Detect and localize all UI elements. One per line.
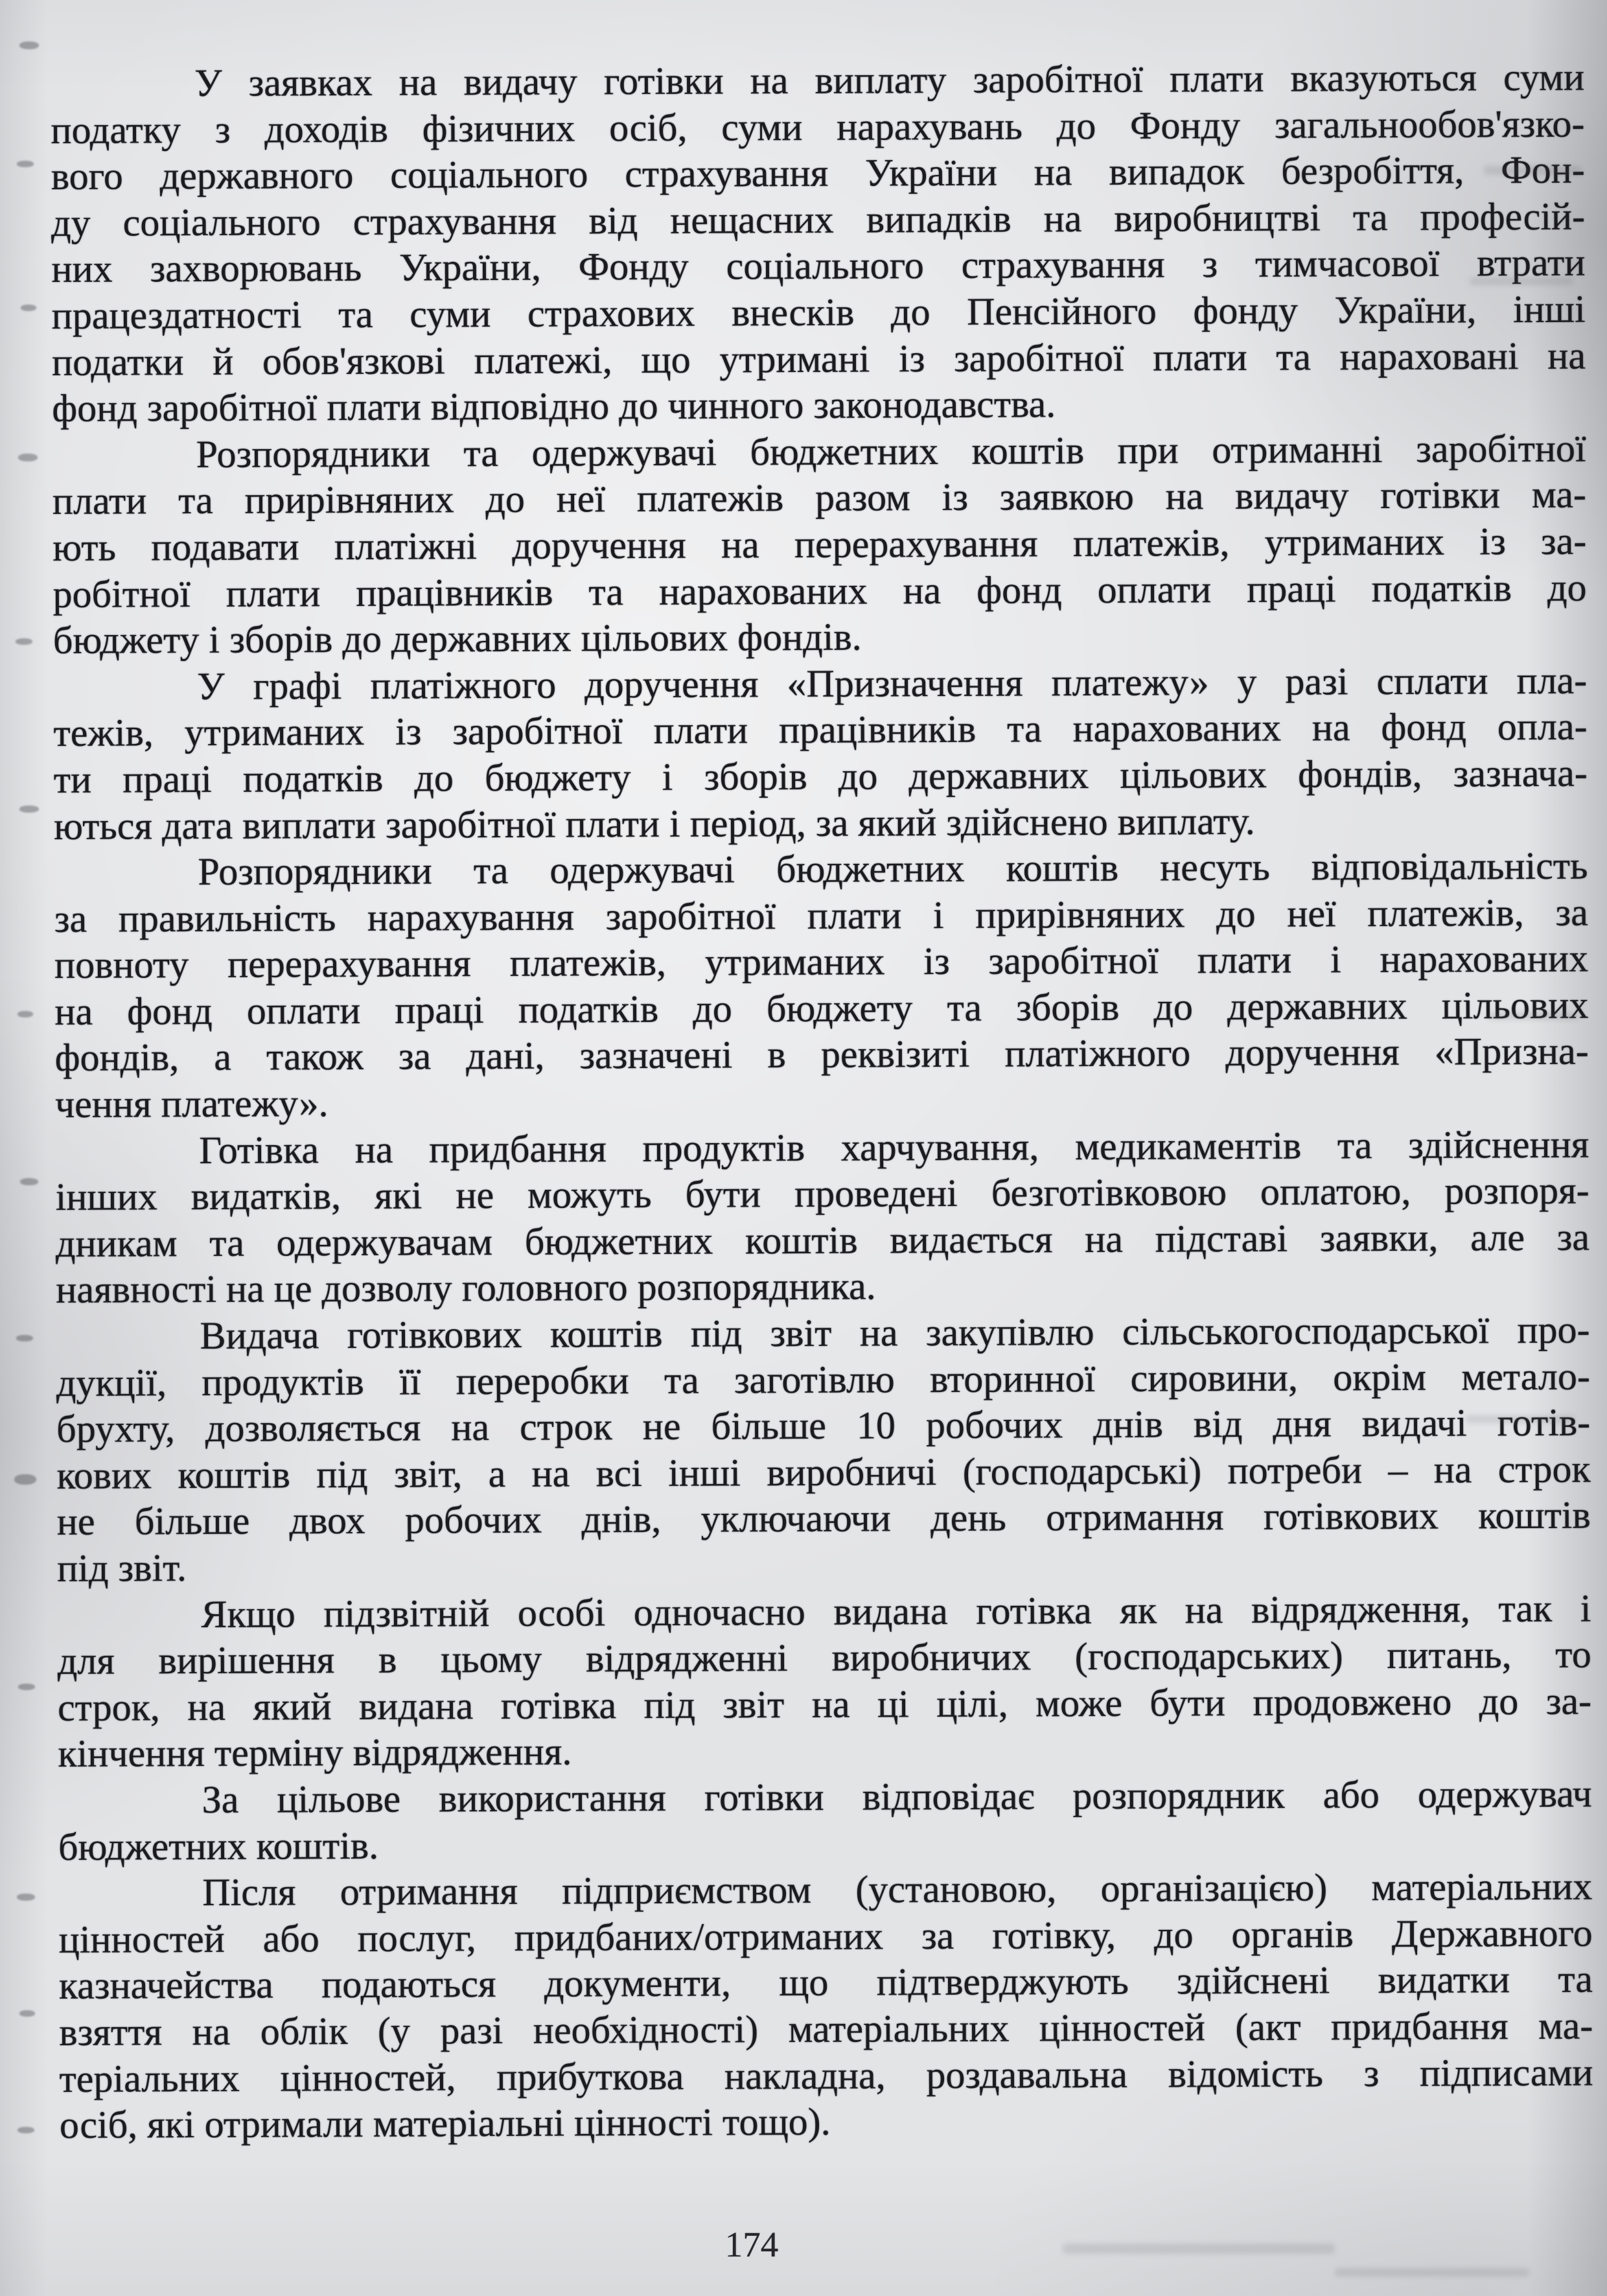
text-line: дникам та одержувачам бюджетних коштів в…: [56, 1214, 1590, 1267]
scan-artifact: [1335, 2268, 1529, 2277]
paragraph: За цільове використання готівки відповід…: [58, 1771, 1593, 1871]
paragraph: Якщо підзвітній особі одночасно видана г…: [57, 1585, 1591, 1778]
text-line: дукції, продуктів її переробки та заготі…: [56, 1353, 1590, 1406]
text-line: ти праці податків до бюджету і зборів до…: [54, 750, 1588, 804]
scan-artifact: [1063, 2244, 1335, 2254]
text-line: Розпорядники та одержувачі бюджетних кош…: [52, 425, 1586, 478]
paragraph: Розпорядники та одержувачі бюджетних кош…: [52, 425, 1587, 664]
scan-artifact: [19, 2010, 35, 2017]
text-line: взяття на облік (у разі необхідності) ма…: [59, 2003, 1593, 2056]
text-line: Видача готівкових коштів під звіт на зак…: [56, 1307, 1590, 1360]
scan-artifact: [17, 161, 34, 167]
text-line: для вирішення в цьому відрядженні виробн…: [58, 1632, 1591, 1685]
text-line: У заявках на видачу готівки на виплату з…: [51, 54, 1584, 108]
text-line: на фонд оплати праці податків до бюджету…: [54, 982, 1588, 1036]
scan-artifact: [20, 1178, 38, 1185]
scan-artifact: [19, 806, 39, 813]
text-line: за правильність нарахування заробітної п…: [54, 889, 1588, 942]
text-line: Після отримання підприємством (установою…: [58, 1864, 1592, 1917]
text-line: кових коштів під звіт, а на всі інші вир…: [56, 1446, 1590, 1499]
text-line: робітної плати працівників та нараховани…: [52, 564, 1586, 618]
text-line: осіб, які отримали матеріальні цінності …: [60, 2096, 1593, 2149]
text-line: під звіт.: [57, 1539, 1591, 1592]
text-line: За цільове використання готівки відповід…: [58, 1771, 1592, 1824]
text-line: не більше двох робочих днів, уключаючи д…: [57, 1492, 1591, 1546]
scan-artifact: [1488, 1012, 1578, 1020]
text-line: фондів, а також за дані, зазначені в рек…: [55, 1028, 1589, 1082]
text-line: Готівка на придбання продуктів харчуванн…: [55, 1121, 1589, 1174]
text-line: податку з доходів фізичних осіб, суми на…: [51, 100, 1584, 154]
text-line: Розпорядники та одержувачі бюджетних кош…: [54, 843, 1588, 896]
text-line: брухту, дозволяється на строк не більше …: [56, 1400, 1590, 1453]
text-line: вого державного соціального страхування …: [51, 147, 1585, 200]
text-line: казначейства подаються документи, що під…: [59, 1956, 1593, 2010]
text-line: повноту перерахування платежів, утримани…: [54, 936, 1588, 989]
text-line: інших видатків, які не можуть бути прове…: [55, 1168, 1589, 1221]
text-line: чення платежу».: [55, 1075, 1589, 1128]
text-line: строк, на який видана готівка під звіт н…: [58, 1678, 1591, 1731]
text-line: теріальних цінностей, прибуткова накладн…: [59, 2049, 1593, 2102]
paragraph: Видача готівкових коштів під звіт на зак…: [56, 1307, 1591, 1592]
paragraph: У заявках на видачу готівки на виплату з…: [51, 54, 1586, 432]
scan-artifact: [21, 305, 36, 311]
scan-artifact: [18, 454, 38, 461]
paragraph: У графі платіжного доручення «Призначенн…: [53, 657, 1588, 850]
text-line: податки й обов'язкові платежі, що утрима…: [52, 332, 1586, 386]
text-line: тежів, утриманих із заробітної плати пра…: [53, 704, 1587, 757]
text-line: Якщо підзвітній особі одночасно видана г…: [57, 1585, 1591, 1638]
paragraph: Розпорядники та одержувачі бюджетних кош…: [54, 843, 1589, 1128]
scan-artifact: [19, 41, 39, 49]
scan-artifact: [17, 1011, 33, 1017]
paragraph: Готівка на придбання продуктів харчуванн…: [55, 1121, 1590, 1314]
scanned-page: { "document": { "page_number": "174", "p…: [0, 0, 1607, 2296]
text-line: ються дата виплати заробітної плати і пе…: [54, 796, 1588, 850]
scan-artifact: [16, 638, 32, 645]
text-line: бюджету і зборів до державних цільових ф…: [53, 611, 1587, 664]
scan-artifact: [1484, 166, 1581, 175]
text-line: працездатності та суми страхових внесків…: [52, 286, 1586, 340]
text-line: цінностей або послуг, придбаних/отримани…: [58, 1910, 1592, 1963]
page-text: У заявках на видачу готівки на виплату з…: [51, 54, 1593, 2149]
scan-artifact: [18, 1684, 35, 1690]
text-line: плати та прирівняних до неї платежів раз…: [52, 472, 1586, 525]
text-line: кінчення терміну відрядження.: [58, 1724, 1591, 1778]
text-line: них захворювань України, Фонду соціально…: [51, 240, 1585, 293]
text-line: наявності на це дозволу головного розпор…: [56, 1260, 1590, 1314]
scan-artifact: [14, 1474, 36, 1485]
scan-artifact: [17, 2127, 34, 2133]
text-line: ють подавати платіжні доручення на перер…: [52, 518, 1586, 572]
scan-artifact: [1466, 1415, 1575, 1423]
scan-artifact: [17, 1894, 35, 1901]
scan-artifact: [16, 1335, 33, 1341]
text-line: бюджетних коштів.: [58, 1817, 1592, 1870]
text-line: У графі платіжного доручення «Призначенн…: [53, 657, 1587, 710]
text-line: фонд заробітної плати відповідно до чинн…: [52, 379, 1586, 432]
text-line: ду соціального страхування від нещасних …: [51, 193, 1585, 246]
paragraph: Після отримання підприємством (установою…: [58, 1864, 1593, 2149]
scan-artifact: [1470, 277, 1573, 285]
